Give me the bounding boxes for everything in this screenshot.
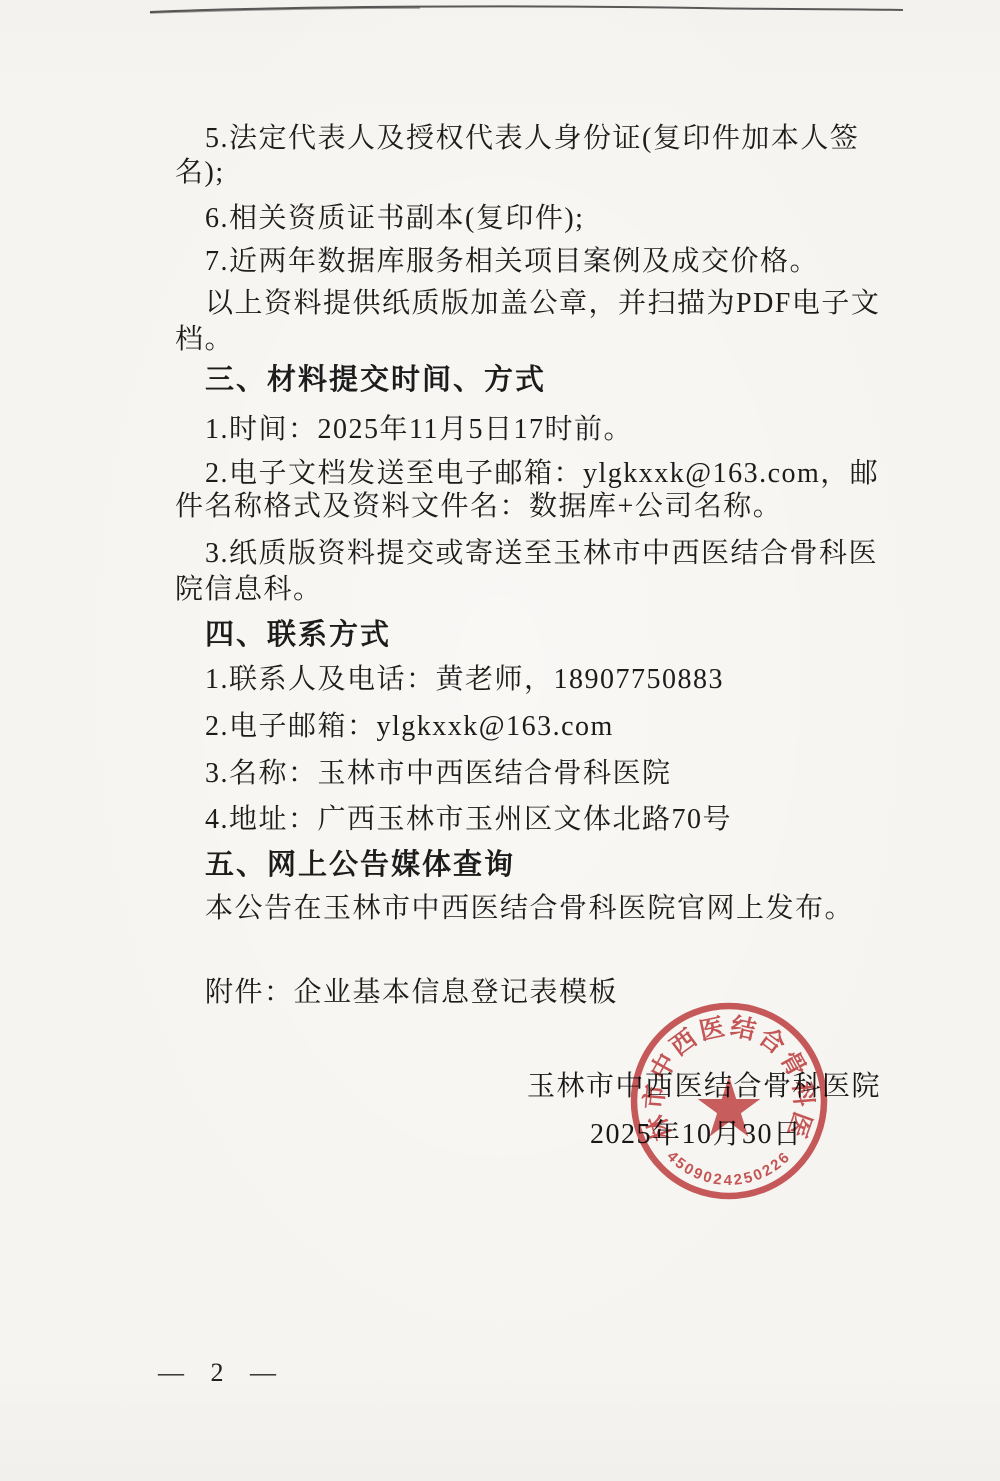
body-line: 院信息科。 xyxy=(175,573,875,607)
section-heading-4: 四、联系方式 xyxy=(175,618,905,652)
document-page: 5.法定代表人及授权代表人身份证(复印件加本人签 名); 6.相关资质证书副本(… xyxy=(0,0,1000,1481)
body-line: 以上资料提供纸质版加盖公章，并扫描为PDF电子文 xyxy=(175,287,905,321)
section-heading-5: 五、网上公告媒体查询 xyxy=(175,848,905,882)
page-number: — 2 — xyxy=(158,1358,286,1388)
body-line: 2.电子文档发送至电子邮箱：ylgkxxk@163.com，邮 xyxy=(175,457,905,491)
body-line: 7.近两年数据库服务相关项目案例及成交价格。 xyxy=(175,245,905,279)
body-line: 3.纸质版资料提交或寄送至玉林市中西医结合骨科医 xyxy=(175,537,905,571)
official-seal: 玉林市中西医结合骨科医院 4509024250226 xyxy=(628,1000,830,1202)
contact-name-line: 3.名称：玉林市中西医结合骨科医院 xyxy=(175,757,905,791)
contact-email-line: 2.电子邮箱：ylgkxxk@163.com xyxy=(175,710,905,744)
body-line: 件名称格式及资料文件名：数据库+公司名称。 xyxy=(175,490,875,524)
contact-address-line: 4.地址：广西玉林市玉州区文体北路70号 xyxy=(175,803,905,837)
body-line: 档。 xyxy=(175,323,875,357)
body-line: 5.法定代表人及授权代表人身份证(复印件加本人签 xyxy=(175,122,905,156)
star-icon xyxy=(698,1076,761,1137)
body-line: 本公告在玉林市中西医结合骨科医院官网上发布。 xyxy=(175,892,905,926)
body-line: 名); xyxy=(175,156,875,190)
contact-person-line: 1.联系人及电话：黄老师，18907750883 xyxy=(175,663,905,697)
section-heading-3: 三、材料提交时间、方式 xyxy=(175,363,905,397)
scan-edge-artifact xyxy=(0,0,1000,30)
body-line: 1.时间：2025年11月5日17时前。 xyxy=(175,413,905,447)
body-line: 6.相关资质证书副本(复印件); xyxy=(175,202,905,236)
